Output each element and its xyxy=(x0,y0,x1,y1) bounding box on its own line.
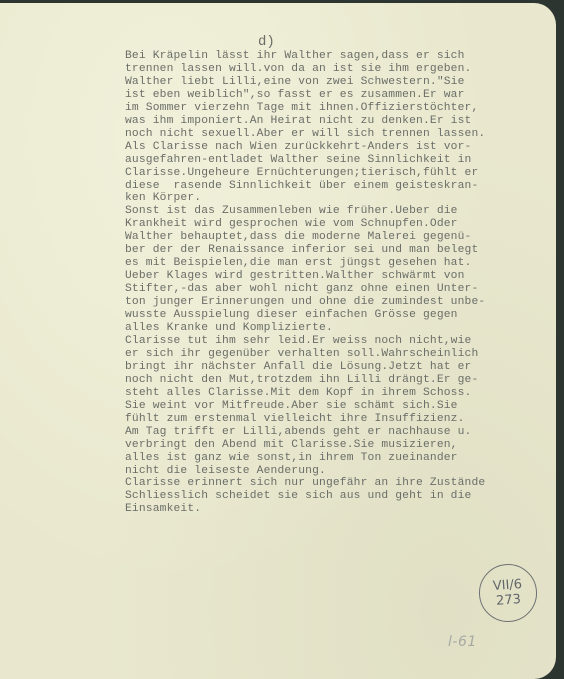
text-line: ber der der Renaissance inferior sei und… xyxy=(125,244,555,257)
text-line: noch nicht sexuell.Aber er will sich tre… xyxy=(125,128,555,141)
text-line: es mit Beispielen,die man erst jüngst ge… xyxy=(125,257,555,270)
text-line: diese rasende Sinnlichkeit über einem ge… xyxy=(125,180,555,193)
section-label: d) xyxy=(258,34,275,50)
text-line: ton junger Erinnerungen und ohne die zum… xyxy=(125,296,555,309)
text-line: alles ist ganz wie sonst,in ihrem Ton zu… xyxy=(125,452,555,465)
text-line: Ueber Klages wird gestritten.Walther sch… xyxy=(125,270,555,283)
text-line: bringt ihr nächster Anfall die Lösung.Je… xyxy=(125,361,555,374)
text-line: nicht die leiseste Aenderung. xyxy=(125,465,555,478)
text-line: Clarisse erinnert sich nur ungefähr an i… xyxy=(125,477,555,490)
text-line: Clarisse tut ihm sehr leid.Er weiss noch… xyxy=(125,335,555,348)
text-line: Als Clarisse nach Wien zurückkehrt-Ander… xyxy=(125,141,555,154)
typewritten-body: Bei Kräpelin lässt ihr Walther sagen,das… xyxy=(125,50,555,516)
text-line: verbringt den Abend mit Clarisse.Sie mus… xyxy=(125,439,555,452)
pencil-annotation: l-61 xyxy=(448,634,477,650)
text-line: wusste Ausspielung dieser einfachen Grös… xyxy=(125,309,555,322)
text-line: Clarisse.Ungeheure Ernüchterungen;tieris… xyxy=(125,167,555,180)
text-line: Am Tag trifft er Lilli,abends geht er na… xyxy=(125,426,555,439)
text-line: er sich ihr gegenüber verhalten soll.Wah… xyxy=(125,348,555,361)
text-line: im Sommer vierzehn Tage mit ihnen.Offizi… xyxy=(125,102,555,115)
archive-stamp: VII/6 273 xyxy=(477,562,539,624)
typewritten-page: d) Bei Kräpelin lässt ihr Walther sagen,… xyxy=(0,3,556,679)
text-line: ist eben weiblich",so fasst er es zusamm… xyxy=(125,89,555,102)
text-line: Einsamkeit. xyxy=(125,503,555,516)
stamp-page-number: 273 xyxy=(480,591,537,610)
text-line: alles Kranke und Komplizierte. xyxy=(125,322,555,335)
text-line: was ihm imponiert.An Heirat nicht zu den… xyxy=(125,115,555,128)
text-line: Sonst ist das Zusammenleben wie früher.U… xyxy=(125,205,555,218)
text-line: fühlt zum erstenmal vielleicht ihre Insu… xyxy=(125,413,555,426)
text-line: ken Körper. xyxy=(125,192,555,205)
text-line: trennen lassen will.von da an ist sie ih… xyxy=(125,63,555,76)
text-line: Stifter,-das aber wohl nicht ganz ohne e… xyxy=(125,283,555,296)
text-line: Walther behauptet,dass die moderne Maler… xyxy=(125,231,555,244)
text-line: ausgefahren-entladet Walther seine Sinnl… xyxy=(125,154,555,167)
text-line: Krankheit wird gesprochen wie vom Schnup… xyxy=(125,218,555,231)
text-line: Schliesslich scheidet sie sich aus und g… xyxy=(125,490,555,503)
text-line: noch nicht den Mut,trotzdem ihn Lilli dr… xyxy=(125,374,555,387)
text-line: steht alles Clarisse.Mit dem Kopf in ihr… xyxy=(125,387,555,400)
text-line: Walther liebt Lilli,eine von zwei Schwes… xyxy=(125,76,555,89)
text-line: Sie weint vor Mitfreude.Aber sie schämt … xyxy=(125,400,555,413)
text-line: Bei Kräpelin lässt ihr Walther sagen,das… xyxy=(125,50,555,63)
